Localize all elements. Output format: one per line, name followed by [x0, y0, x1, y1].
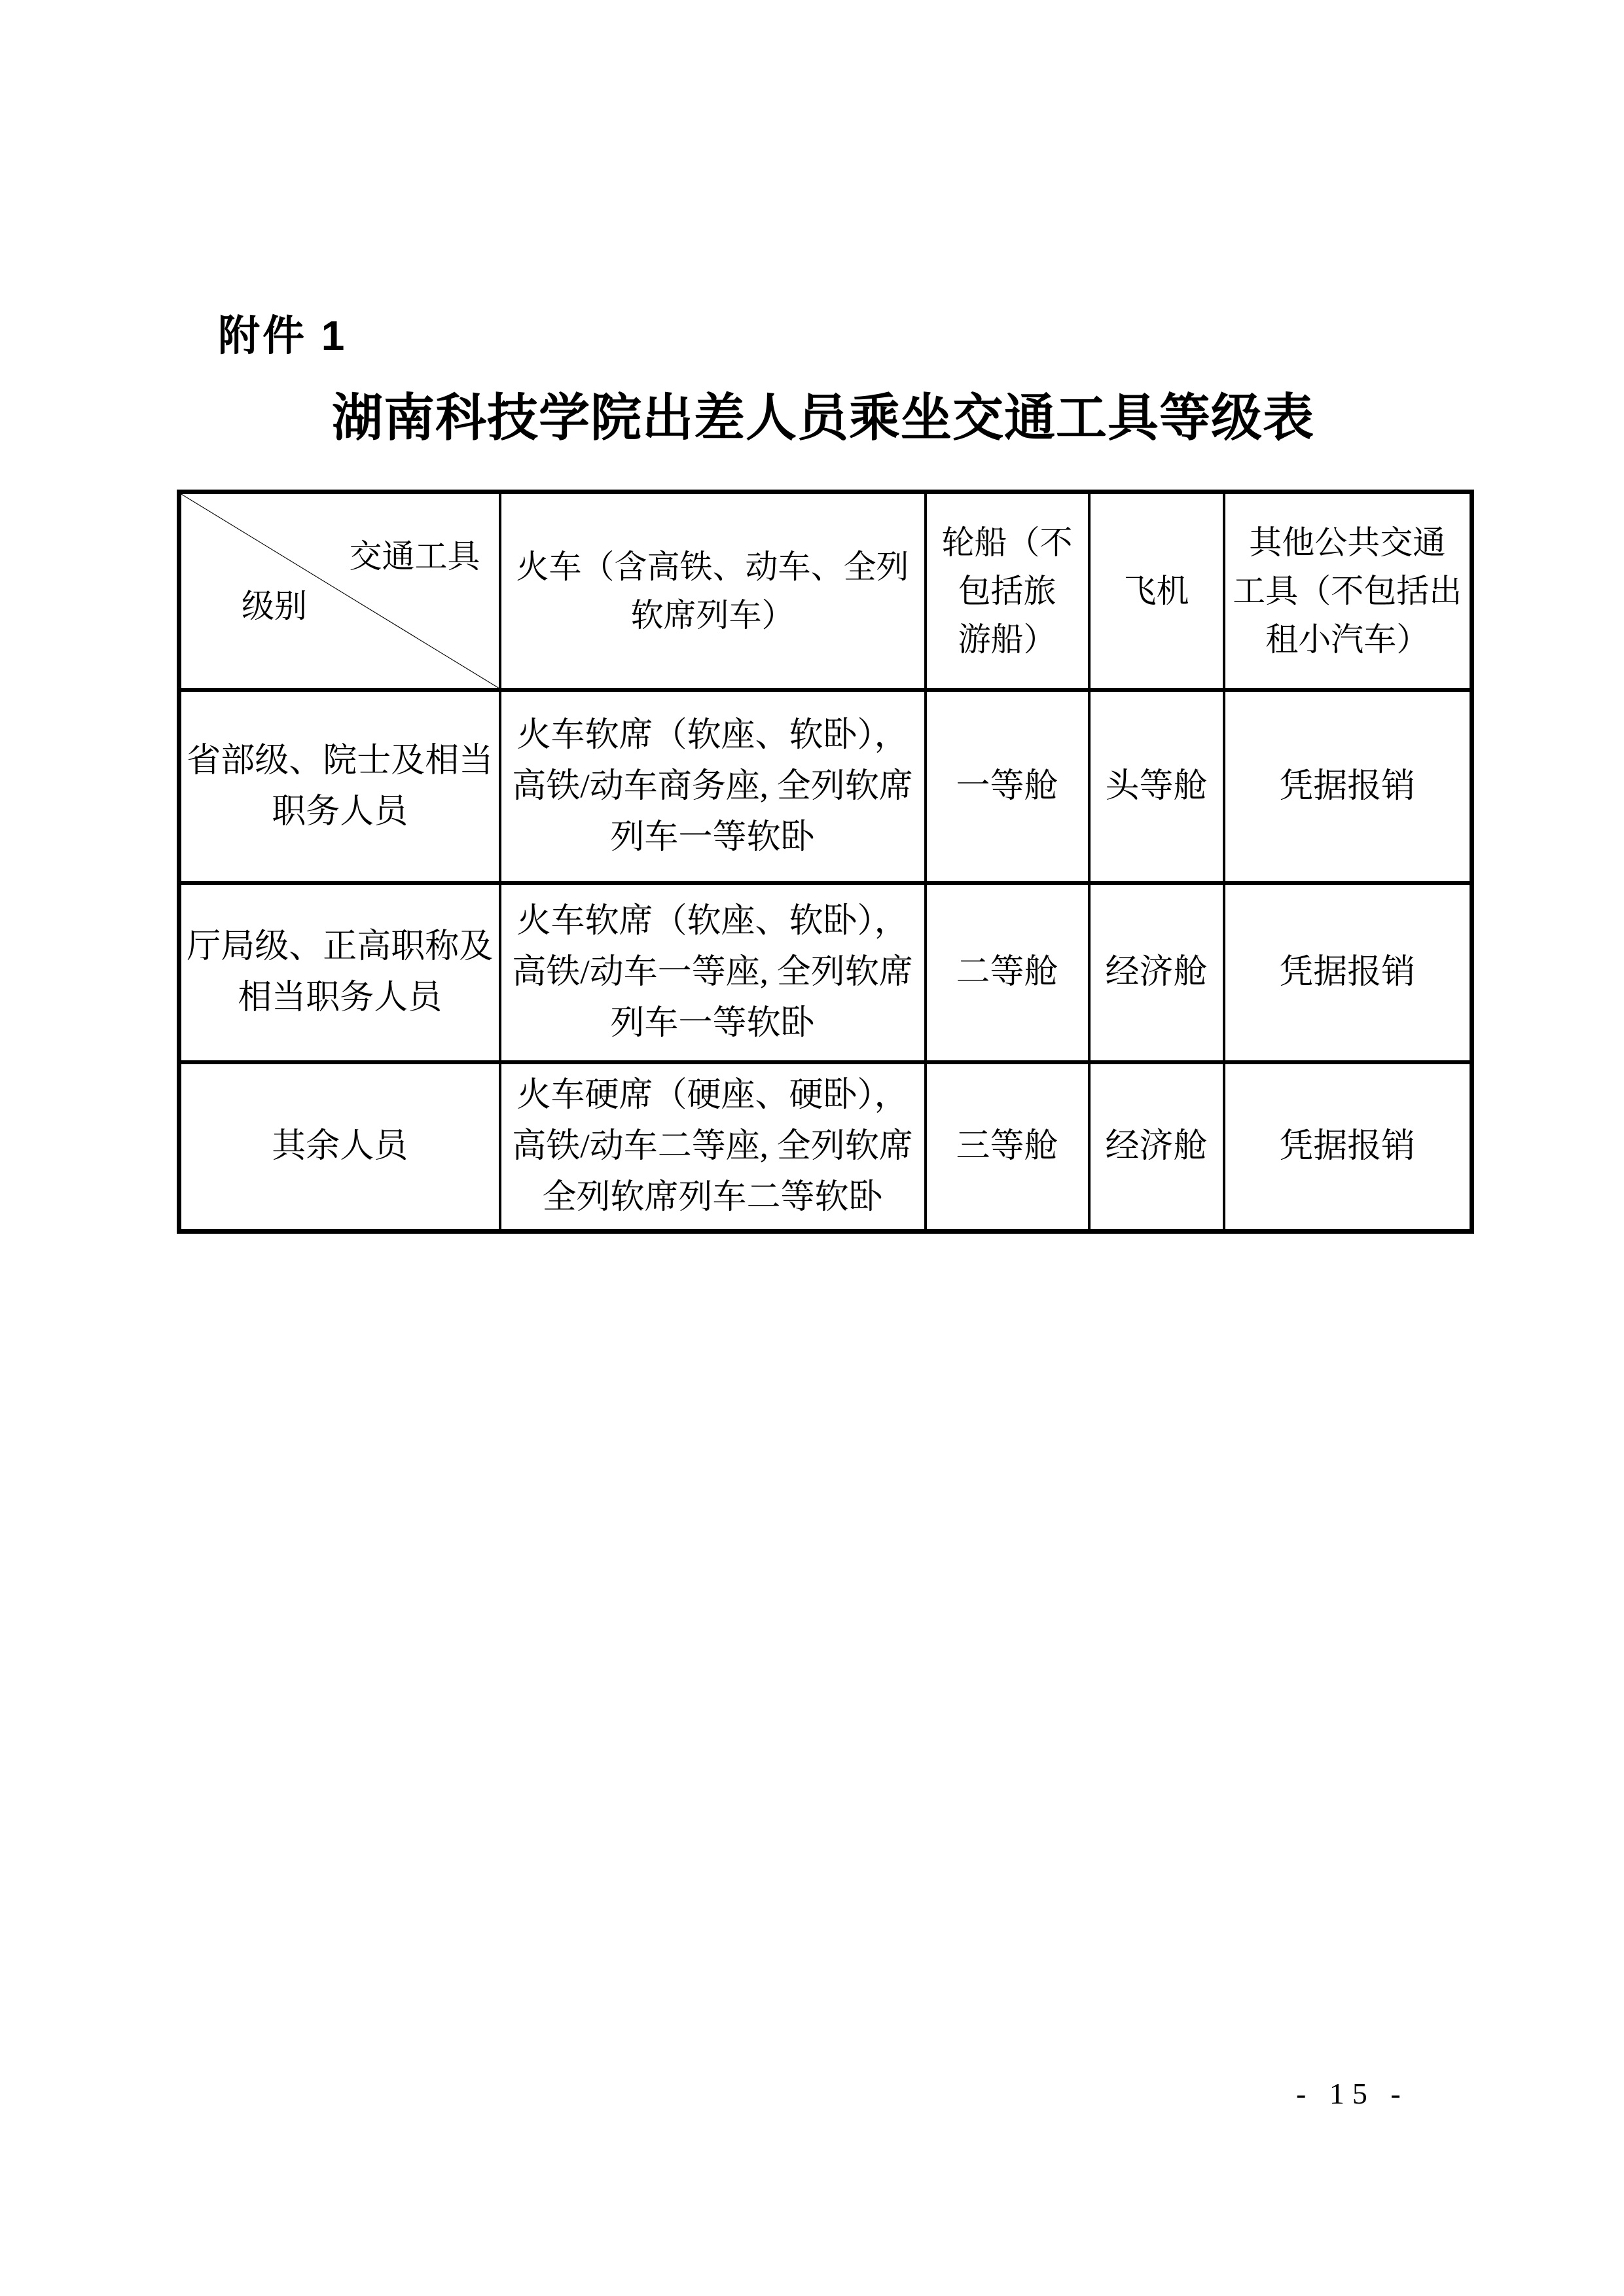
- table-row: 其余人员 火车硬席（硬座、硬卧）， 高铁/动车二等座, 全列软席 全列软席列车二…: [179, 1062, 1472, 1231]
- cell-ship-row2: 二等舱: [926, 883, 1089, 1062]
- cell-level-row1: 省部级、院士及相当 职务人员: [179, 690, 500, 883]
- column-header-ship: 轮船（不 包括旅 游船）: [926, 492, 1089, 691]
- attachment-label: 附件 1: [218, 302, 347, 363]
- transport-class-table: 交通工具 级别 火车（含高铁、动车、全列 软席列车） 轮船（不 包括旅 游船） …: [177, 490, 1474, 1234]
- cell-level-row3: 其余人员: [179, 1062, 500, 1231]
- cell-ship-row3: 三等舱: [926, 1062, 1089, 1231]
- table-header-row: 交通工具 级别 火车（含高铁、动车、全列 软席列车） 轮船（不 包括旅 游船） …: [179, 492, 1472, 691]
- table-row: 省部级、院士及相当 职务人员 火车软席（软座、软卧）， 高铁/动车商务座, 全列…: [179, 690, 1472, 883]
- cell-plane-row2: 经济舱: [1089, 883, 1224, 1062]
- corner-label-transport: 交通工具: [350, 532, 480, 581]
- corner-header-cell: 交通工具 级别: [179, 492, 500, 691]
- cell-ship-row1: 一等舱: [926, 690, 1089, 883]
- column-header-other-transport: 其他公共交通 工具（不包括出 租小汽车）: [1224, 492, 1472, 691]
- page-title: 湖南科技学院出差人员乘坐交通工具等级表: [177, 377, 1470, 450]
- cell-train-row3: 火车硬席（硬座、硬卧）， 高铁/动车二等座, 全列软席 全列软席列车二等软卧: [500, 1062, 926, 1231]
- column-header-train: 火车（含高铁、动车、全列 软席列车）: [500, 492, 926, 691]
- cell-other-row3: 凭据报销: [1224, 1062, 1472, 1231]
- document-page: 附件 1 湖南科技学院出差人员乘坐交通工具等级表 交通工具 级别 火车（含高铁、…: [0, 0, 1624, 2296]
- table-row: 厅局级、正高职称及 相当职务人员 火车软席（软座、软卧）， 高铁/动车一等座, …: [179, 883, 1472, 1062]
- cell-other-row2: 凭据报销: [1224, 883, 1472, 1062]
- cell-plane-row3: 经济舱: [1089, 1062, 1224, 1231]
- cell-plane-row1: 头等舱: [1089, 690, 1224, 883]
- column-header-plane: 飞机: [1089, 492, 1224, 691]
- corner-label-level: 级别: [242, 582, 307, 630]
- cell-train-row2: 火车软席（软座、软卧）， 高铁/动车一等座, 全列软席 列车一等软卧: [500, 883, 926, 1062]
- cell-other-row1: 凭据报销: [1224, 690, 1472, 883]
- diagonal-divider-line: [181, 494, 499, 688]
- cell-level-row2: 厅局级、正高职称及 相当职务人员: [179, 883, 500, 1062]
- page-number: - 15 -: [1296, 2076, 1409, 2111]
- cell-train-row1: 火车软席（软座、软卧）， 高铁/动车商务座, 全列软席 列车一等软卧: [500, 690, 926, 883]
